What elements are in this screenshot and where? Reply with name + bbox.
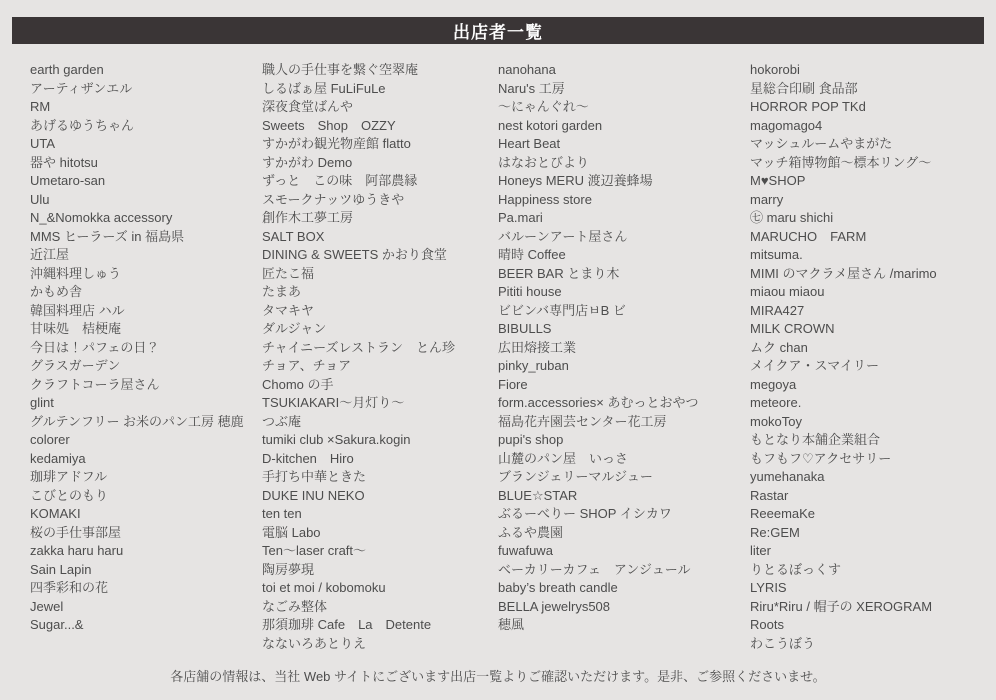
vendor-column-4: hokorobi星総合印刷 食品部HORROR POP TKdmagomago4… — [750, 61, 996, 653]
vendor-name: クラフトコーラ屋さん — [30, 376, 262, 395]
vendor-name: TSUKIAKARI〜月灯り〜 — [262, 394, 498, 413]
vendor-name: Jewel — [30, 598, 262, 617]
vendor-name: DINING & SWEETS かおり食堂 — [262, 246, 498, 265]
vendor-name: BEER BAR とまり木 — [498, 265, 750, 284]
vendor-name: M♥SHOP — [750, 172, 996, 191]
vendor-name: 穂風 — [498, 616, 750, 635]
vendor-name: Ulu — [30, 191, 262, 210]
vendor-name: fuwafuwa — [498, 542, 750, 561]
footer-text: 各店舗の情報は、当社 Web サイトにございます出店一覧よりご確認いただけます。… — [0, 666, 996, 685]
vendor-name: SALT BOX — [262, 228, 498, 247]
vendor-name: mitsuma. — [750, 246, 996, 265]
page-title: 出店者一覧 — [453, 18, 543, 43]
vendor-name: 陶房夢現 — [262, 561, 498, 580]
vendor-name: Fiore — [498, 376, 750, 395]
vendor-name: 山麓のパン屋 いっさ — [498, 450, 750, 469]
vendor-name: MIMI のマクラメ屋さん /marimo — [750, 265, 996, 284]
vendor-name: Chomo の手 — [262, 376, 498, 395]
vendor-name: ダルジャン — [262, 320, 498, 339]
vendor-name: Re:GEM — [750, 524, 996, 543]
vendor-name: pinky_ruban — [498, 357, 750, 376]
vendor-name: yumehanaka — [750, 468, 996, 487]
vendor-name: D-kitchen Hiro — [262, 450, 498, 469]
vendor-name: Heart Beat — [498, 135, 750, 154]
vendor-name: ブランジェリーマルジュー — [498, 468, 750, 487]
vendor-name: colorer — [30, 431, 262, 450]
vendor-name: アーティザンエル — [30, 80, 262, 99]
vendor-name: バルーンアート屋さん — [498, 228, 750, 247]
vendor-name: 桜の手仕事部屋 — [30, 524, 262, 543]
vendor-name: MMS ヒーラーズ in 福島県 — [30, 228, 262, 247]
vendor-name: UTA — [30, 135, 262, 154]
vendor-name: 今日は！パフェの日？ — [30, 339, 262, 358]
vendor-columns: earth gardenアーティザンエルRMあげるゆうちゃんUTA器や hito… — [0, 61, 996, 653]
vendor-name: megoya — [750, 376, 996, 395]
vendor-name: meteore. — [750, 394, 996, 413]
vendor-name: 近江屋 — [30, 246, 262, 265]
vendor-name: nest kotori garden — [498, 117, 750, 136]
vendor-name: Happiness store — [498, 191, 750, 210]
vendor-name: 福島花卉園芸センター花工房 — [498, 413, 750, 432]
vendor-name: こびとのもり — [30, 487, 262, 506]
vendor-name: 手打ち中華ときた — [262, 468, 498, 487]
vendor-name: 沖縄料理しゅう — [30, 265, 262, 284]
vendor-name: Sain Lapin — [30, 561, 262, 580]
vendor-name: MILK CROWN — [750, 320, 996, 339]
vendor-name: Roots — [750, 616, 996, 635]
vendor-name: LYRIS — [750, 579, 996, 598]
vendor-name: ten ten — [262, 505, 498, 524]
vendor-name: liter — [750, 542, 996, 561]
vendor-name: HORROR POP TKd — [750, 98, 996, 117]
vendor-name: 創作木工夢工房 — [262, 209, 498, 228]
vendor-name: Honeys MERU 渡辺養蜂場 — [498, 172, 750, 191]
vendor-name: BELLA jewelrys508 — [498, 598, 750, 617]
vendor-name: 四季彩和の花 — [30, 579, 262, 598]
vendor-name: マッシュルームやまがた — [750, 135, 996, 154]
vendor-name: マッチ箱博物館〜標本リング〜 — [750, 154, 996, 173]
vendor-name: kedamiya — [30, 450, 262, 469]
vendor-name: 晴時 Coffee — [498, 246, 750, 265]
vendor-name: glint — [30, 394, 262, 413]
vendor-name: BIBULLS — [498, 320, 750, 339]
vendor-name: nanohana — [498, 61, 750, 80]
vendor-name: スモークナッツゆうきや — [262, 191, 498, 210]
vendor-name: miaou miaou — [750, 283, 996, 302]
vendor-name: Rastar — [750, 487, 996, 506]
vendor-name: わこうぼう — [750, 635, 996, 654]
vendor-name: Riru*Riru / 帽子の XEROGRAM — [750, 598, 996, 617]
vendor-name: MARUCHO FARM — [750, 228, 996, 247]
vendor-name: 深夜食堂ばんや — [262, 98, 498, 117]
vendor-name: Ten〜laser craft〜 — [262, 542, 498, 561]
vendor-name: earth garden — [30, 61, 262, 80]
vendor-name: tumiki club ×Sakura.kogin — [262, 431, 498, 450]
vendor-name: marry — [750, 191, 996, 210]
vendor-name: Naru's 工房 — [498, 80, 750, 99]
vendor-name: 広田熔接工業 — [498, 339, 750, 358]
vendor-name: ビビンバ専門店ㅂB ビ — [498, 302, 750, 321]
page-title-bar: 出店者一覧 — [12, 17, 984, 44]
vendor-name: もフもフ♡アクセサリー — [750, 450, 996, 469]
vendor-name: たまあ — [262, 283, 498, 302]
vendor-name: ReeemaKe — [750, 505, 996, 524]
vendor-name: グラスガーデン — [30, 357, 262, 376]
vendor-name: しるばぁ屋 FuLiFuLe — [262, 80, 498, 99]
vendor-name: メイクア・スマイリー — [750, 357, 996, 376]
vendor-name: なごみ整体 — [262, 598, 498, 617]
vendor-name: 〜にゃんぐれ〜 — [498, 98, 750, 117]
vendor-name: Pititi house — [498, 283, 750, 302]
vendor-name: form.accessories× あむっとおやつ — [498, 394, 750, 413]
vendor-name: RM — [30, 98, 262, 117]
vendor-name: BLUE☆STAR — [498, 487, 750, 506]
vendor-name: ずっと この味 阿部農縁 — [262, 172, 498, 191]
vendor-name: baby’s breath candle — [498, 579, 750, 598]
vendor-name: Sweets Shop OZZY — [262, 117, 498, 136]
vendor-name: N_&Nomokka accessory — [30, 209, 262, 228]
vendor-name: mokoToy — [750, 413, 996, 432]
vendor-name: MIRA427 — [750, 302, 996, 321]
vendor-name: ムク chan — [750, 339, 996, 358]
footer-note: 各店舗の情報は、当社 Web サイトにございます出店一覧よりご確認いただけます。… — [0, 666, 996, 685]
vendor-column-3: nanohanaNaru's 工房〜にゃんぐれ〜nest kotori gard… — [498, 61, 750, 653]
vendor-name: 器や hitotsu — [30, 154, 262, 173]
vendor-name: かもめ舎 — [30, 283, 262, 302]
vendor-name: Pa.mari — [498, 209, 750, 228]
vendor-name: magomago4 — [750, 117, 996, 136]
vendor-column-1: earth gardenアーティザンエルRMあげるゆうちゃんUTA器や hito… — [0, 61, 262, 653]
vendor-name: toi et moi / kobomoku — [262, 579, 498, 598]
vendor-name: なないろあとりえ — [262, 635, 498, 654]
vendor-name: ふるや農園 — [498, 524, 750, 543]
vendor-name: ベーカリーカフェ アンジュール — [498, 561, 750, 580]
vendor-column-2: 職人の手仕事を繋ぐ空翠庵しるばぁ屋 FuLiFuLe深夜食堂ばんやSweets … — [262, 61, 498, 653]
vendor-name: もとなり本舗企業組合 — [750, 431, 996, 450]
vendor-name: KOMAKI — [30, 505, 262, 524]
vendor-name: あげるゆうちゃん — [30, 117, 262, 136]
vendor-name: ぶるーべりー SHOP イシカワ — [498, 505, 750, 524]
vendor-name: 職人の手仕事を繋ぐ空翠庵 — [262, 61, 498, 80]
vendor-name: すかがわ Demo — [262, 154, 498, 173]
vendor-name: つぶ庵 — [262, 413, 498, 432]
vendor-name: pupi's shop — [498, 431, 750, 450]
vendor-name: zakka haru haru — [30, 542, 262, 561]
vendor-name: 匠たこ福 — [262, 265, 498, 284]
vendor-name: グルテンフリー お米のパン工房 穂鹿 — [30, 413, 262, 432]
vendor-name: りとるぼっくす — [750, 561, 996, 580]
vendor-name: hokorobi — [750, 61, 996, 80]
vendor-name: DUKE INU NEKO — [262, 487, 498, 506]
vendor-name: チョア、チョア — [262, 357, 498, 376]
vendor-name: チャイニーズレストラン とん珍 — [262, 339, 498, 358]
vendor-name: 星総合印刷 食品部 — [750, 80, 996, 99]
vendor-name: タマキヤ — [262, 302, 498, 321]
vendor-name: すかがわ観光物産館 flatto — [262, 135, 498, 154]
vendor-name: Sugar...& — [30, 616, 262, 635]
vendor-name: Umetaro-san — [30, 172, 262, 191]
vendor-name: 電脳 Labo — [262, 524, 498, 543]
vendor-name: 那須珈琲 Cafe La Detente — [262, 616, 498, 635]
vendor-name: ㊆ maru shichi — [750, 209, 996, 228]
vendor-name: 韓国料理店 ハル — [30, 302, 262, 321]
vendor-name: 珈琲アドフル — [30, 468, 262, 487]
vendor-name: 甘味処 桔梗庵 — [30, 320, 262, 339]
vendor-name: はなおとびより — [498, 154, 750, 173]
